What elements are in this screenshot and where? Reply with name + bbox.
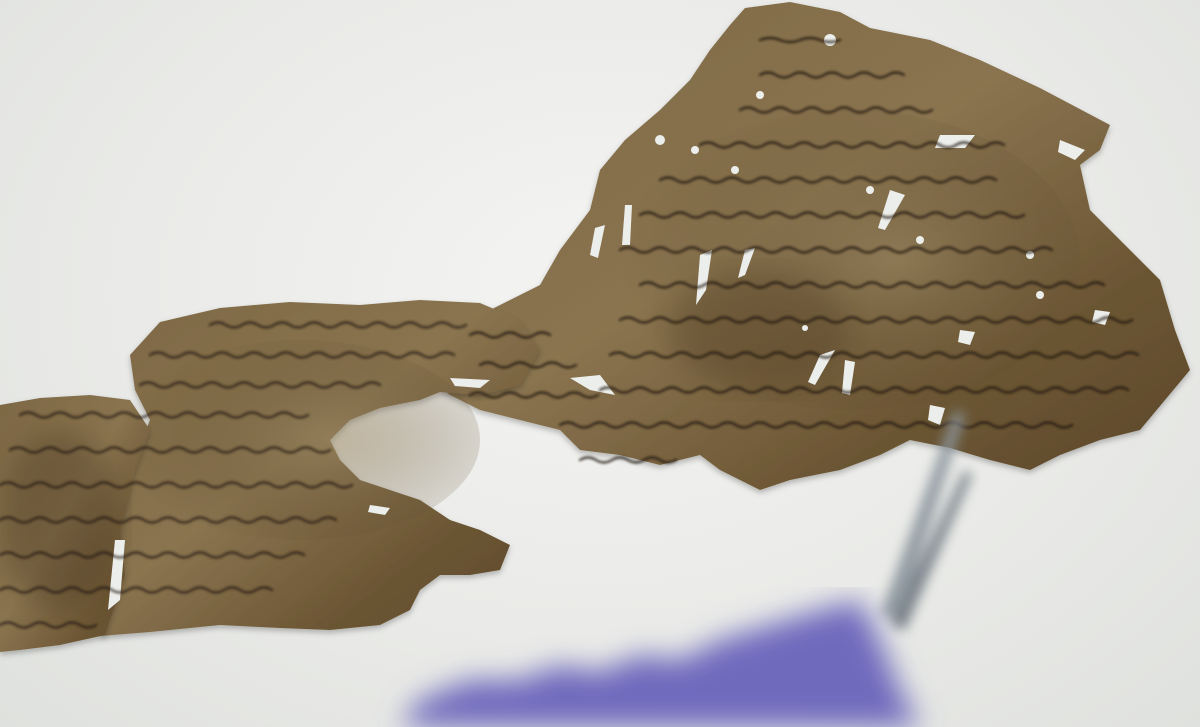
photo-scene: Close-up photograph of a torn, brown anc… [0,0,1200,727]
parchment-illustration [0,0,1200,727]
purple-glove [400,600,920,727]
